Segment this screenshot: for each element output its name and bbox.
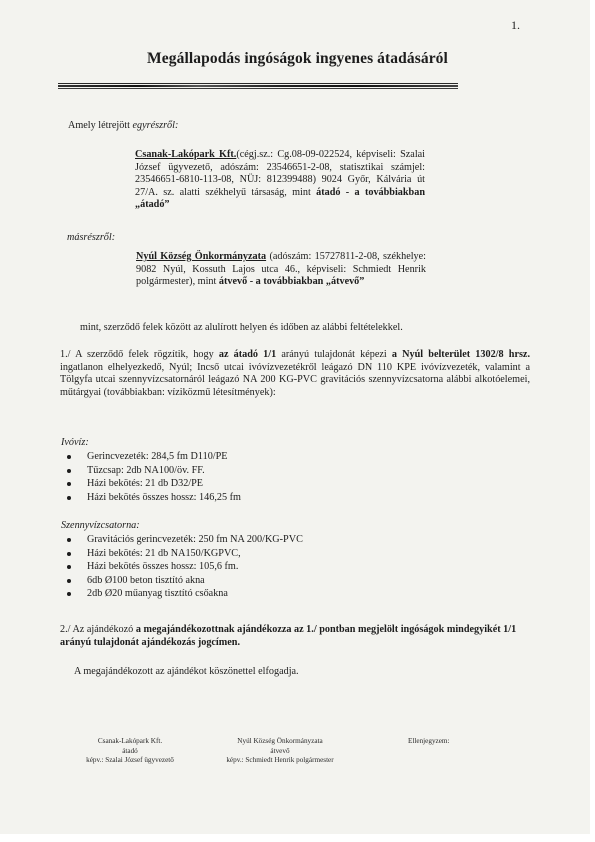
title-divider	[58, 83, 458, 88]
list-item: Házi bekötés: 21 db D32/PE	[61, 477, 241, 491]
party-transferor: Csanak-Lakópark Kft.(cégj.sz.: Cg.08-09-…	[135, 149, 425, 212]
list-item: Házi bekötés összes hossz: 105,6 fm.	[61, 560, 303, 574]
between-parties-line: mint, szerződő felek között az alulírott…	[80, 322, 403, 335]
intro-side-label: egyrészről:	[133, 120, 179, 131]
party-recipient: Nyúl Község Önkormányzata (adószám: 1572…	[136, 251, 426, 289]
list-item: Gerincvezeték: 284,5 fm D110/PE	[61, 450, 241, 464]
list-item: Házi bekötés: 21 db NA150/KGPVC,	[61, 547, 303, 561]
section-1: 1./ A szerződő felek rögzítik, hogy az á…	[60, 349, 530, 399]
page-number: 1.	[511, 18, 520, 33]
list-item: Házi bekötés összes hossz: 146,25 fm	[61, 491, 241, 505]
drinking-water-list: Gerincvezeték: 284,5 fm D110/PE Tűzcsap:…	[61, 450, 241, 504]
intro-line: Amely létrejött egyrészről:	[68, 120, 178, 133]
other-side-label: másrészről:	[67, 232, 115, 245]
list-item: Tűzcsap: 2db NA100/öv. FF.	[61, 464, 241, 478]
sewer-label: Szennyvízcsatorna:	[61, 520, 140, 533]
signature-transferor: Csanak-Lakópark Kft. átadó képv.: Szalai…	[78, 737, 182, 766]
party1-name: Csanak-Lakópark Kft.	[135, 149, 236, 160]
countersignature: Ellenjegyzem:	[408, 737, 450, 747]
list-item: 2db Ø20 műanyag tisztító csőakna	[61, 587, 303, 601]
section-2: 2./ Az ajándékozó a megajándékozottnak a…	[60, 624, 530, 649]
document-title: Megállapodás ingóságok ingyenes átadásár…	[0, 50, 595, 68]
acceptance-line: A megajándékozott az ajándékot köszönett…	[74, 666, 299, 679]
drinking-water-label: Ivóvíz:	[61, 437, 89, 450]
list-item: 6db Ø100 beton tisztító akna	[61, 574, 303, 588]
list-item: Gravitációs gerincvezeték: 250 fm NA 200…	[61, 533, 303, 547]
party2-name: Nyúl Község Önkormányzata	[136, 251, 266, 262]
signature-recipient: Nyúl Község Önkormányzata átvevő képv.: …	[210, 737, 350, 766]
party2-role: átvevő - a továbbiakban „átvevő”	[219, 276, 364, 287]
sewer-list: Gravitációs gerincvezeték: 250 fm NA 200…	[61, 533, 303, 601]
document-page: 1. Megállapodás ingóságok ingyenes átadá…	[0, 0, 590, 834]
